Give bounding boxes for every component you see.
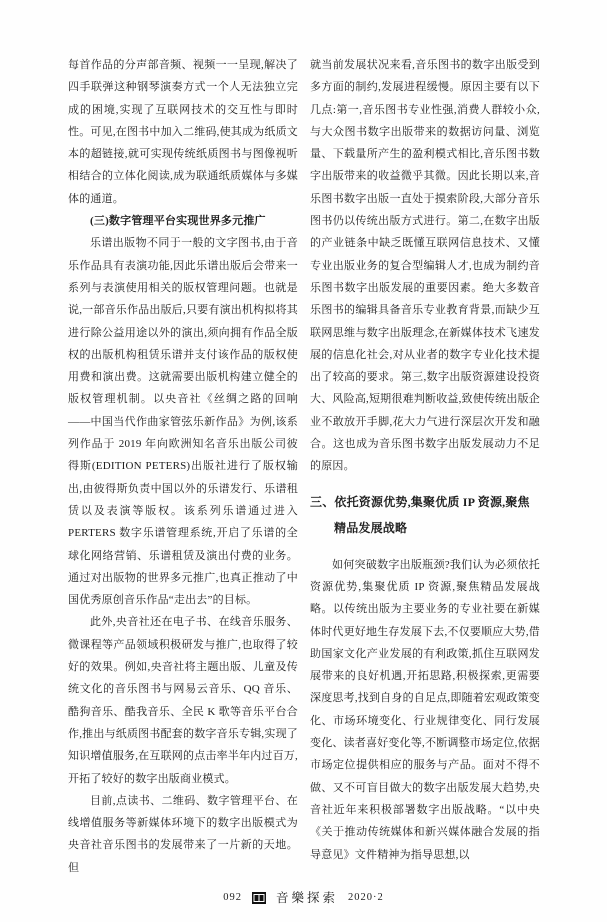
section-heading: 三、依托资源优势,集聚优质 IP 资源,聚焦精品发展战略 [310, 489, 540, 541]
subsection-heading: (三)数字管理平台实现世界多元推广 [68, 210, 298, 232]
open-book-icon [252, 891, 266, 903]
body-paragraph: 每首作品的分声部音频、视频一一呈现,解决了四手联弹这种钢琴演奏方式一个人无法独立… [68, 54, 298, 210]
body-paragraph: 乐谱出版物不同于一般的文字图书,由于音乐作品具有表演功能,因此乐谱出版后会带来一… [68, 232, 298, 611]
left-column: 每首作品的分声部音频、视频一一呈现,解决了四手联弹这种钢琴演奏方式一个人无法独立… [68, 54, 298, 879]
body-paragraph: 目前,点读书、二维码、数字管理平台、在线增值服务等新媒体环境下的数字出版模式为央… [68, 790, 298, 879]
journal-title: 音樂探索 [276, 888, 338, 906]
paper-page: 每首作品的分声部音频、视频一一呈现,解决了四手联弹这种钢琴演奏方式一个人无法独立… [0, 0, 607, 922]
body-paragraph: 就当前发展状况来看,音乐图书的数字出版受到多方面的制约,发展进程缓慢。原因主要有… [310, 54, 540, 478]
body-paragraph: 如何突破数字出版瓶颈?我们认为必须依托资源优势,集聚优质 IP 资源,聚焦精品发… [310, 554, 540, 866]
issue-number: 2020·2 [348, 892, 384, 903]
page-footer: 092 音樂探索 2020·2 [0, 888, 607, 906]
body-paragraph: 此外,央音社还在电子书、在线音乐服务、微课程等产品领域积极研发与推广,也取得了较… [68, 611, 298, 789]
two-column-text-area: 每首作品的分声部音频、视频一一呈现,解决了四手联弹这种钢琴演奏方式一个人无法独立… [68, 54, 540, 879]
page-number: 092 [223, 892, 242, 903]
right-column: 就当前发展状况来看,音乐图书的数字出版受到多方面的制约,发展进程缓慢。原因主要有… [310, 54, 540, 879]
